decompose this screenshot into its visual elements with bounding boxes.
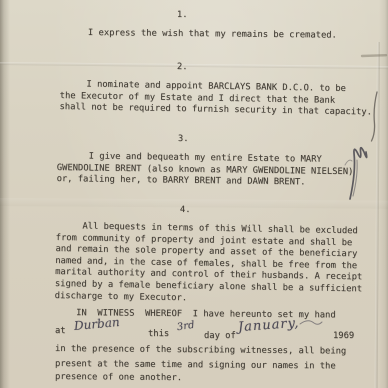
pen-flourish bbox=[300, 321, 322, 325]
pencil-smudge bbox=[362, 55, 386, 56]
pen-vertical-stroke bbox=[372, 92, 378, 141]
will-document-photo: { "sections": [ { "number": "1.", "body"… bbox=[0, 0, 388, 388]
pen-initials-mark bbox=[345, 148, 367, 199]
pen-marks-layer bbox=[0, 0, 388, 388]
